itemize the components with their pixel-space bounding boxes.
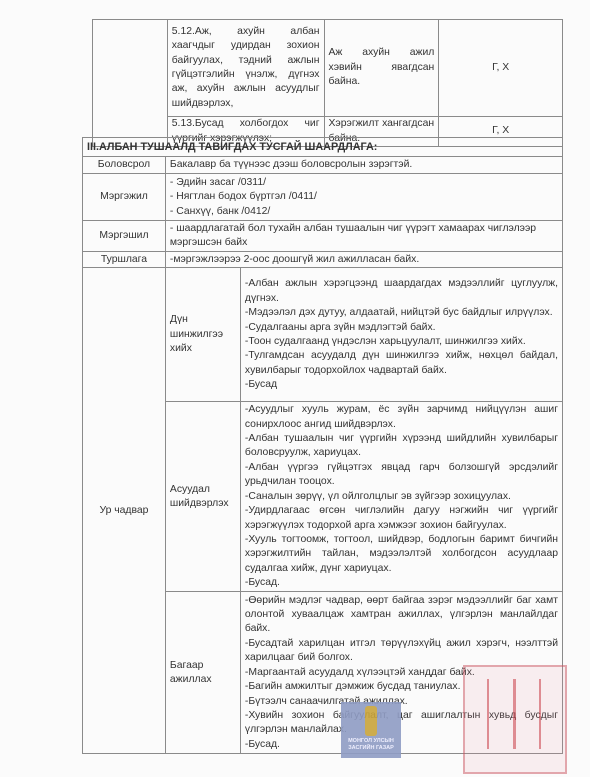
skills-label: Ур чадвар [83, 268, 166, 754]
table-row: III.АЛБАН ТУШААЛД ТАВИГДАХ ТУСГАЙ ШААРДЛ… [83, 138, 563, 157]
mongolian-script-icon [539, 679, 549, 749]
evaluation-cell: Г, Х [439, 20, 563, 117]
table-row: Мэргэжил - Эдийн засаг /0311/ - Нягтлан … [83, 174, 563, 221]
list-item: - Нягтлан бодох бүртгэл /0411/ [170, 190, 558, 204]
table-row: 5.12.Аж, ахуйн албан хаагчдыг удирдан зо… [93, 20, 563, 117]
skill-item: -Удирдлагаас өгсөн чиглэлийн дагуу нэгжи… [245, 504, 558, 533]
skill-group-items: -Асуудлыг хууль журам, ёс зүйн зарчимд н… [240, 402, 562, 592]
skill-item: -Бусадтай харилцан итгэл төрүүлэхүйц ажи… [245, 637, 558, 666]
skill-item: -Хууль тогтоомж, тогтоол, шийдвэр, бодло… [245, 533, 558, 576]
red-official-stamp [463, 665, 567, 774]
skill-item: -Албан үүргээ гүйцэтгэх явцад гарч болзо… [245, 461, 558, 490]
mongolian-script-icon [513, 679, 524, 749]
duties-table: 5.12.Аж, ахуйн албан хаагчдыг удирдан зо… [92, 19, 563, 147]
skill-item: -Бусад. [245, 576, 558, 590]
profession-list: - Эдийн засаг /0311/ - Нягтлан бодох бүр… [165, 174, 562, 221]
experience-value: -мэргэжлээрээ 2-оос доошгүй жил ажилласа… [165, 252, 562, 268]
skill-item: -Судалгааны арга зүйн мэдлэгтэй байх. [245, 321, 558, 335]
table-row: Туршлага -мэргэжлээрээ 2-оос доошгүй жил… [83, 252, 563, 268]
empty-cell [93, 20, 168, 147]
skill-item: -Тоон судалгаанд үндэслэн харьцуулалт, ш… [245, 335, 558, 349]
skill-item: -Албан ажлын хэрэгцээнд шаардагдах мэдээ… [245, 277, 558, 306]
specialization-label: Мэргэшил [83, 221, 166, 252]
profession-label: Мэргэжил [83, 174, 166, 221]
education-label: Боловсрол [83, 157, 166, 174]
government-seal-logo: МОНГОЛ УЛСЫН ЗАСГИЙН ГАЗАР [341, 702, 401, 758]
task-cell: 5.12.Аж, ахуйн албан хаагчдыг удирдан зо… [167, 20, 324, 117]
seal-caption: МОНГОЛ УЛСЫН ЗАСГИЙН ГАЗАР [341, 738, 401, 751]
skill-item: -Мэдээлэл дэх дутуу, алдаатай, нийцтэй б… [245, 306, 558, 320]
skill-item: -Саналын зөрүү, үл ойлголцлыг эв зүйгээр… [245, 490, 558, 504]
education-value: Бакалавр ба түүнээс дээш боловсролын зэр… [165, 157, 562, 174]
skill-group-name: Багаар ажиллах [165, 592, 240, 754]
soyombo-emblem-icon [365, 706, 377, 736]
mongolian-script-icon [487, 679, 497, 749]
list-item: - Эдийн засаг /0311/ [170, 176, 558, 190]
section-title: III.АЛБАН ТУШААЛД ТАВИГДАХ ТУСГАЙ ШААРДЛ… [83, 138, 563, 157]
document-page: 5.12.Аж, ахуйн албан хаагчдыг удирдан зо… [0, 0, 590, 777]
skill-group-items: -Албан ажлын хэрэгцээнд шаардагдах мэдээ… [240, 268, 562, 402]
requirements-table: III.АЛБАН ТУШААЛД ТАВИГДАХ ТУСГАЙ ШААРДЛ… [82, 137, 563, 754]
skill-item: -Албан тушаалын чиг үүргийн хүрээнд шийд… [245, 432, 558, 461]
list-item: - Санхүү, банк /0412/ [170, 205, 558, 219]
skill-item: -Өөрийн мэдлэг чадвар, өөрт байгаа зэрэг… [245, 594, 558, 637]
skill-item: -Бусад [245, 378, 558, 392]
skill-group-name: Асуудал шийдвэрлэх [165, 402, 240, 592]
skill-group-name: Дүн шинжилгээ хийх [165, 268, 240, 402]
skill-item: -Асуудлыг хууль журам, ёс зүйн зарчимд н… [245, 403, 558, 432]
table-row: Боловсрол Бакалавр ба түүнээс дээш болов… [83, 157, 563, 174]
table-row: Ур чадвар Дүн шинжилгээ хийх -Албан ажлы… [83, 268, 563, 402]
skill-item: -Тулгамдсан асуудалд дүн шинжилгээ хийж,… [245, 349, 558, 378]
table-row: Мэргэшил - шаардлагатай бол тухайн албан… [83, 221, 563, 252]
experience-label: Туршлага [83, 252, 166, 268]
result-cell: Аж ахуйн ажил хэвийн явагдсан байна. [324, 20, 439, 117]
specialization-value: - шаардлагатай бол тухайн албан тушаалын… [165, 221, 562, 252]
